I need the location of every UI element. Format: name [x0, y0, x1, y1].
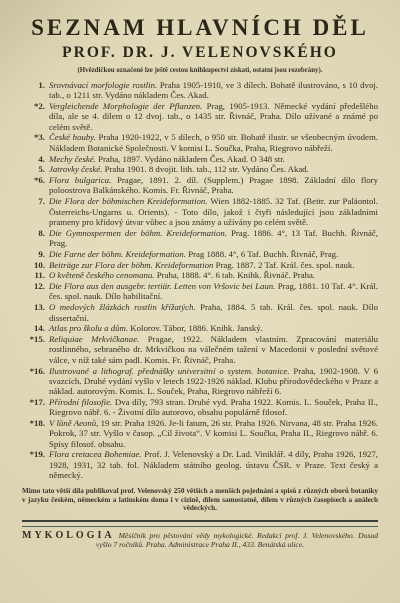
work-title: O květeně českého cenomanu.: [49, 270, 157, 280]
work-title: Reliquiae Mrkvičkanae.: [49, 334, 148, 344]
availability-note: (Hvězdičkou označené lze ještě cestou kn…: [20, 67, 380, 74]
work-item: 8.Die Gymnospermen der böhm. Kreideforma…: [22, 228, 378, 249]
work-item: 11.O květeně českého cenomanu. Praha, 18…: [22, 270, 378, 280]
work-item: 10.Beiträge zur Flora der böhm. Kreidefo…: [22, 260, 378, 270]
work-title: Flora cretacea Bohemiae.: [49, 449, 144, 459]
work-item: 5.Jatrovky české. Praha 1901. 8 dvojit. …: [22, 164, 378, 174]
work-title: Jatrovky české.: [49, 164, 105, 174]
closing-note: Mimo tato větší díla publikoval prof. Ve…: [22, 487, 378, 513]
work-item: 14.Atlas pro školu a dům. Kolorov. Tábor…: [22, 323, 378, 333]
work-title: Atlas pro školu a dům.: [49, 323, 130, 333]
work-title: O medových žlázkách rostlin křížatých.: [49, 302, 200, 312]
work-item: 1.Srovnávací morfologie rostlin. Praha 1…: [22, 80, 378, 101]
work-item: 7.Die Flora der böhmischen Kreideformati…: [22, 196, 378, 227]
work-marker: *3.: [22, 132, 49, 153]
work-marker: 13.: [22, 302, 49, 323]
work-item: *2.Vergleichende Morphologie der Pflanze…: [22, 101, 378, 132]
work-details: Prag 1888. 4°, 6 Taf. Buchh. Řivnáč, Pra…: [188, 249, 338, 259]
work-item: *17.Přírodní filosofie. Dva díly, 793 st…: [22, 397, 378, 418]
work-marker: *18.: [22, 418, 49, 449]
work-item: *16.Ilustrované a lithograf. přednášky u…: [22, 366, 378, 397]
work-marker: *17.: [22, 397, 49, 418]
page-subtitle: PROF. DR. J. VELENOVSKÉHO: [20, 44, 380, 62]
works-list: 1.Srovnávací morfologie rostlin. Praha 1…: [20, 80, 380, 480]
work-details: Praha 1920-1922, v 5 dílech, o 950 str. …: [49, 132, 378, 152]
page-title: SEZNAM HLAVNÍCH DĚL: [20, 15, 380, 41]
work-marker: 8.: [22, 228, 49, 249]
work-marker: *19.: [22, 449, 49, 480]
work-marker: *16.: [22, 366, 49, 397]
work-title: Die Gymnospermen der böhm. Kreideformati…: [49, 228, 231, 238]
work-marker: 7.: [22, 196, 49, 227]
work-item: *3.České houby. Praha 1920-1922, v 5 díl…: [22, 132, 378, 153]
work-title: České houby.: [49, 132, 99, 142]
scanned-book-page: SEZNAM HLAVNÍCH DĚL PROF. DR. J. VELENOV…: [0, 0, 400, 603]
work-title: Die Flora aus den ausgebr. tertiär. Lett…: [49, 281, 278, 291]
work-title: Srovnávací morfologie rostlin.: [49, 80, 160, 90]
work-marker: 1.: [22, 80, 49, 101]
work-details: Praha, 1888. 4°. 6 tab. Knihk. Řivnáč. P…: [157, 270, 315, 280]
work-item: 4.Mechy české. Praha, 1897. Vydáno nákla…: [22, 154, 378, 164]
work-item: *18.V lůně Aeonů, 19 str. Praha 1926. Je…: [22, 418, 378, 449]
work-title: Mechy české.: [49, 154, 98, 164]
work-title: Flora bulgarica.: [49, 175, 117, 185]
work-details: Prag. 1887. 2 Taf. Král. čes. spol. nauk…: [216, 260, 355, 270]
work-title: Přírodní filosofie.: [49, 397, 115, 407]
work-title: Die Farne der böhm. Kreideformation.: [49, 249, 188, 259]
work-marker: 10.: [22, 260, 49, 270]
work-marker: 4.: [22, 154, 49, 164]
work-title: Ilustrované a lithograf. přednášky unive…: [49, 366, 293, 376]
work-marker: 5.: [22, 164, 49, 174]
work-item: 12.Die Flora aus den ausgebr. tertiär. L…: [22, 281, 378, 302]
work-item: 9.Die Farne der böhm. Kreideformation. P…: [22, 249, 378, 259]
journal-ad: MYKOLOGIAMěsíčník pro pěstování vědy myk…: [22, 531, 378, 549]
work-title: V lůně Aeonů,: [49, 418, 101, 428]
work-marker: *6.: [22, 175, 49, 196]
work-marker: *15.: [22, 334, 49, 365]
work-marker: 11.: [22, 270, 49, 280]
work-marker: 14.: [22, 323, 49, 333]
work-marker: 9.: [22, 249, 49, 259]
work-title: Beiträge zur Flora der böhm. Kreideforma…: [49, 260, 216, 270]
work-details: Kolorov. Tábor, 1886. Knihk. Janský.: [130, 323, 263, 333]
work-item: *15.Reliquiae Mrkvičkanae. Pragae, 1922.…: [22, 334, 378, 365]
work-item: *19.Flora cretacea Bohemiae. Prof. J. Ve…: [22, 449, 378, 480]
work-title: Die Flora der böhmischen Kreideformation…: [49, 196, 210, 206]
journal-description: Měsíčník pro pěstování vědy mykologické.…: [96, 531, 378, 549]
work-details: Praha, 1897. Vydáno nákladem Čes. Akad. …: [98, 154, 285, 164]
work-item: 13.O medových žlázkách rostlin křížatých…: [22, 302, 378, 323]
divider-rule: [22, 520, 378, 527]
work-marker: *2.: [22, 101, 49, 132]
work-marker: 12.: [22, 281, 49, 302]
work-item: *6.Flora bulgarica. Pragae, 1891. 2. díl…: [22, 175, 378, 196]
work-details: Praha 1901. 8 dvojit. lith. tab., 112 st…: [105, 164, 309, 174]
work-title: Vergleichende Morphologie der Pflanzen.: [49, 101, 207, 111]
